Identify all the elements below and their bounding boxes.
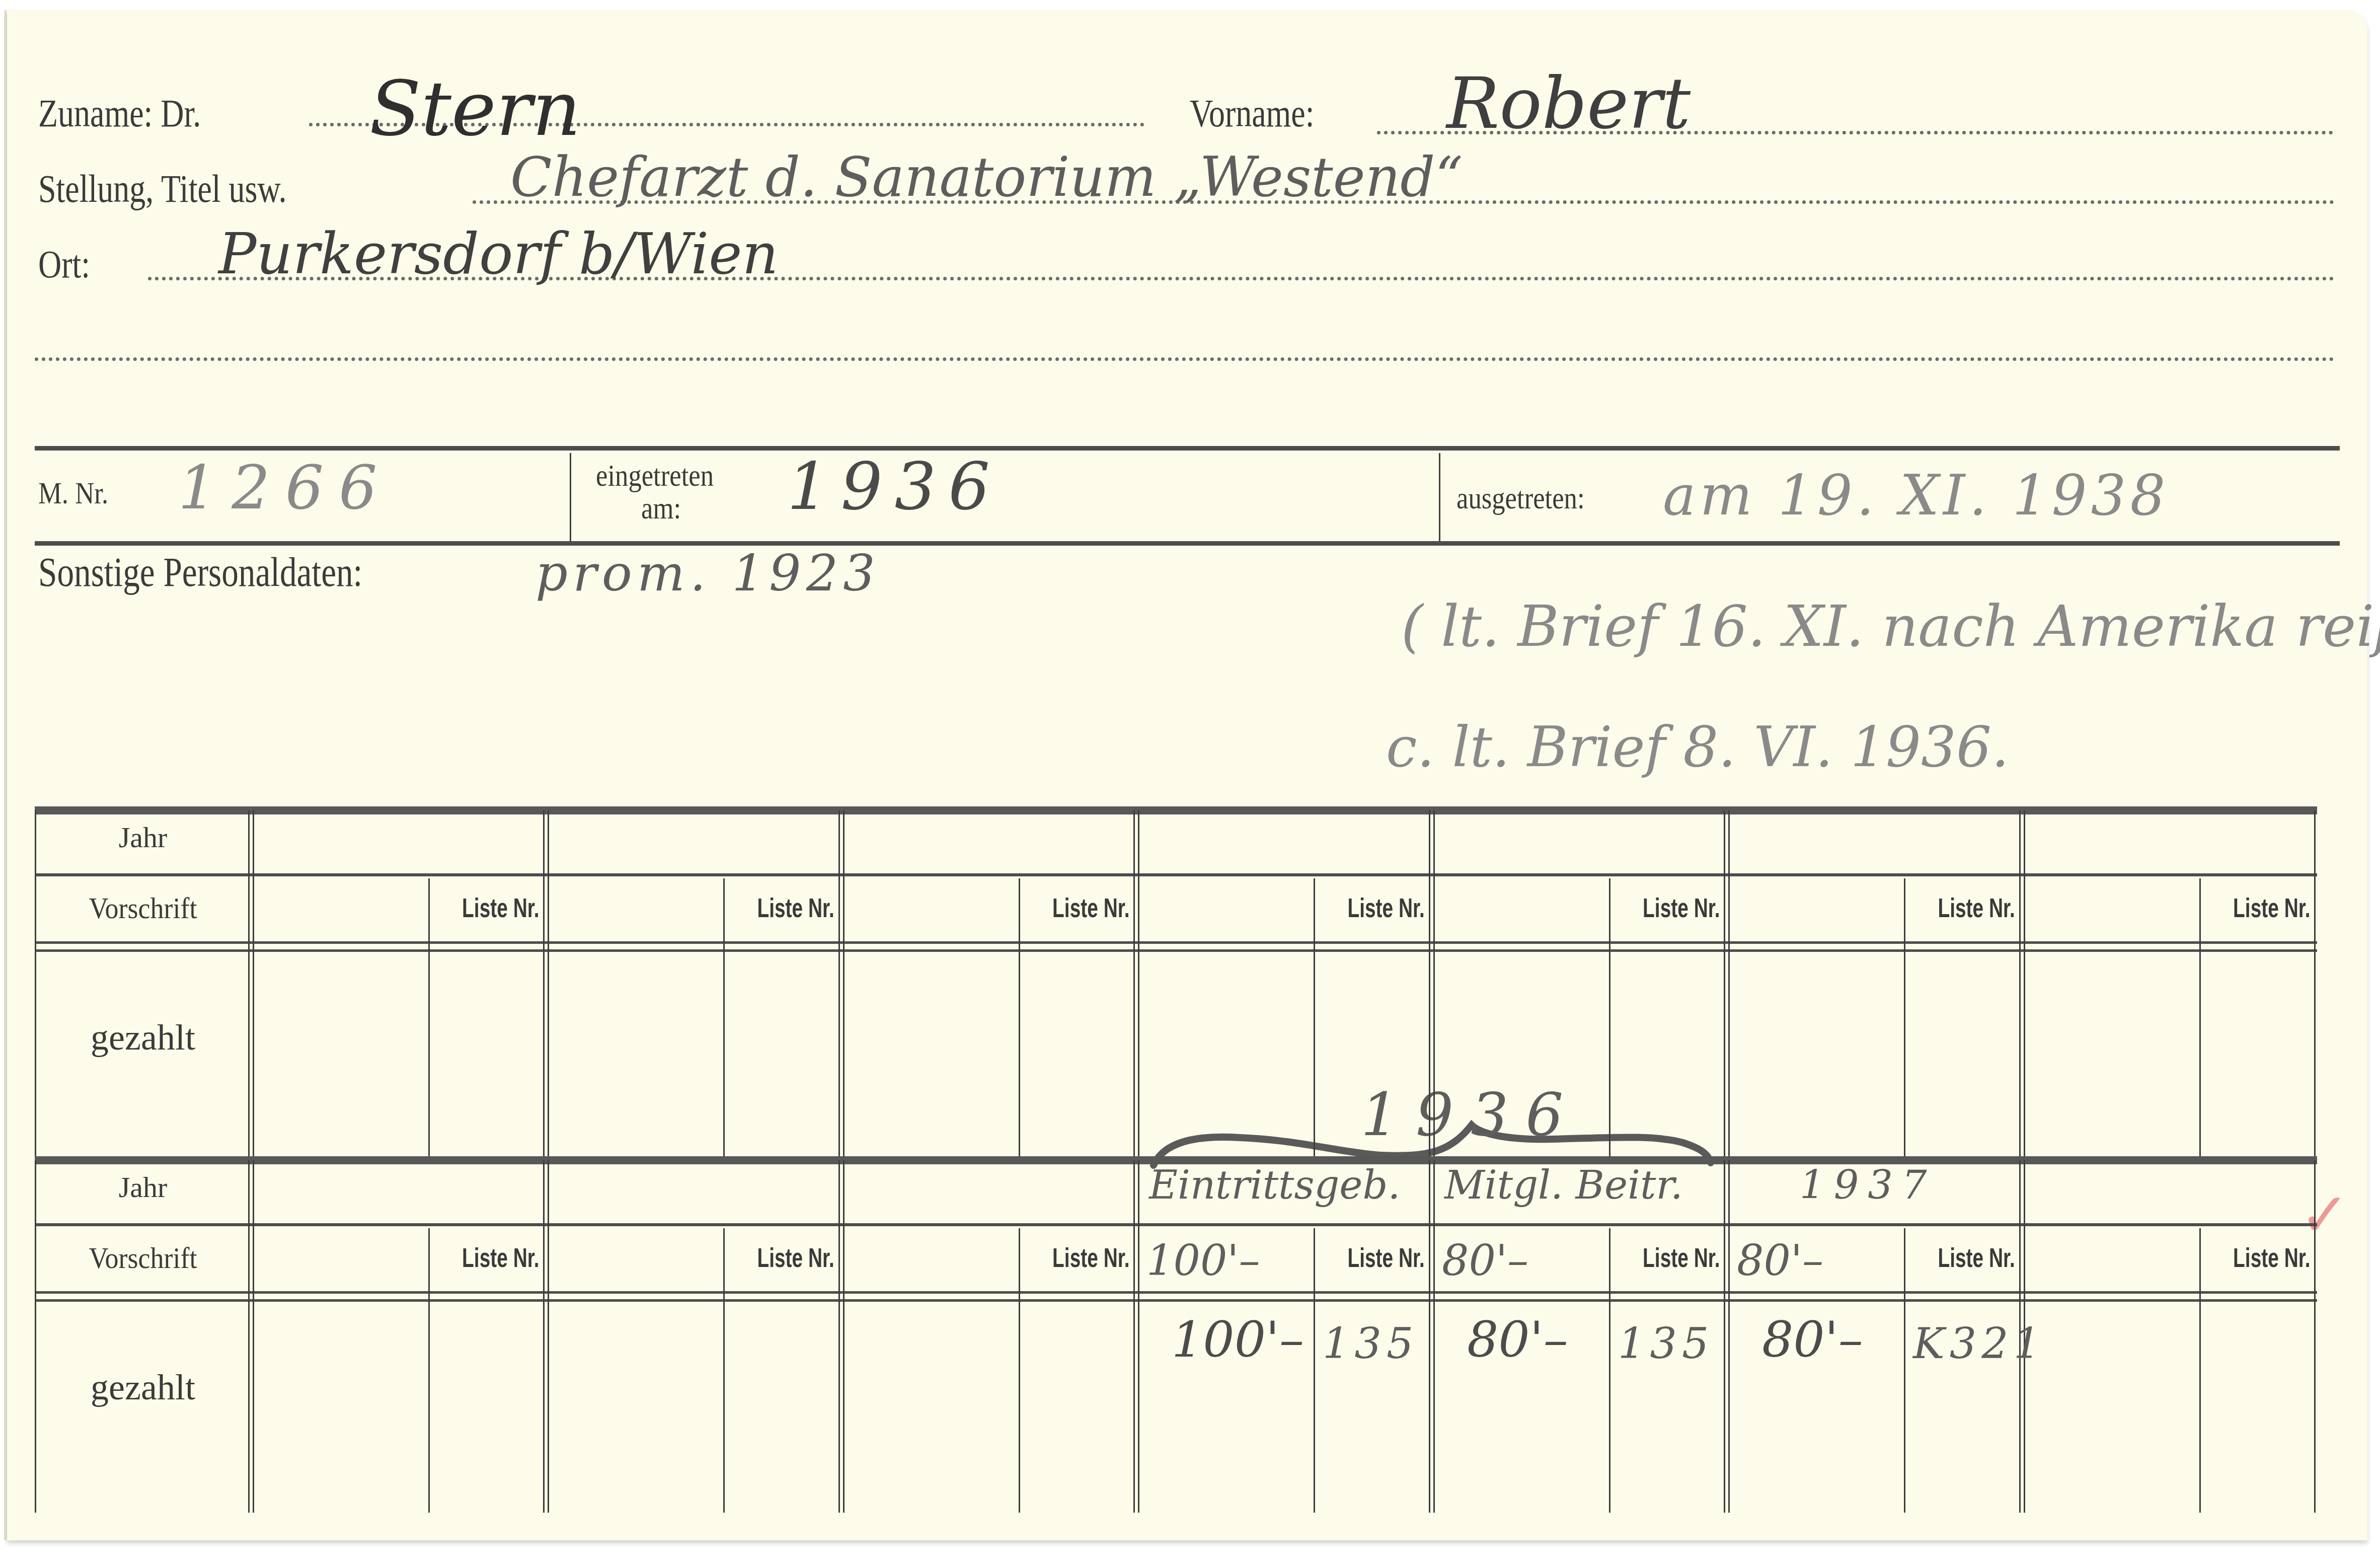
sonstige-value: prom. 1923 [535,544,880,603]
table-lower-vorschrift-rule-b [35,1299,2317,1302]
jahr-cell-entry: Mitgl. Beitr. [1444,1163,1683,1208]
mnr-divider-2 [1439,453,1440,541]
table-lower-liste-divider [2199,1228,2201,1513]
eingetreten-label-1: eingetreten [596,458,714,494]
eingetreten-value: 1936 [787,448,1002,525]
row-label-jahr: Jahr [35,820,251,854]
table-upper-liste-divider [428,878,430,1160]
liste-nr-label: Liste Nr. [1052,892,1126,924]
stellung-label: Stellung, Titel usw. [38,166,286,211]
table-lower-col-divider [1133,1160,1139,1513]
table-lower-col-divider [1429,1160,1435,1513]
table-upper-col-divider [248,810,254,1160]
table-lower-col-divider [543,1160,549,1513]
gezahlt-amount: 100'– [1172,1311,1304,1369]
table-lower-liste-divider [1609,1228,1610,1513]
table-upper-liste-divider [723,878,725,1160]
mnr-value: 1266 [178,453,392,523]
table-lower-liste-divider [428,1228,430,1513]
liste-nr-label: Liste Nr. [1643,892,1717,924]
gezahlt-liste-nr: 135 [1323,1319,1418,1368]
vorname-label: Vorname: [1190,91,1315,136]
vorname-value: Robert [1446,63,1691,145]
liste-nr-label: Liste Nr. [1938,1242,2012,1274]
liste-nr-label: Liste Nr. [1347,1242,1422,1274]
table-lower-liste-divider [1904,1228,1905,1513]
table-upper-col-divider [1429,810,1435,1160]
liste-nr-label: Liste Nr. [2233,1242,2307,1274]
gezahlt-liste-nr: K321 [1913,1319,2045,1368]
gezahlt-liste-nr: 135 [1618,1319,1714,1368]
member-index-card: Zuname: Dr. Stern Vorname: Robert Stellu… [7,10,2367,1540]
table-lower-col-divider [2314,1160,2316,1513]
table-lower-liste-divider [723,1228,725,1513]
zuname-label: Zuname: Dr. [38,91,201,136]
gezahlt-amount: 80'– [1762,1311,1863,1369]
mnr-label: M. Nr. [38,476,108,511]
liste-nr-label: Liste Nr. [1052,1242,1126,1274]
row-label-vorschrift: Vorschrift [46,1241,241,1276]
table-upper-col-divider [2314,810,2316,1160]
liste-nr-label: Liste Nr. [1347,892,1422,924]
mnr-top-rule [35,446,2340,451]
table-upper-liste-divider [1019,878,1020,1160]
table-lower-col-divider [248,1160,254,1513]
table-upper-col-divider [838,810,844,1160]
zuname-value: Stern [369,65,581,153]
jahr-cell-entry: Eintrittsgeb. [1149,1163,1400,1208]
liste-nr-label: Liste Nr. [462,1242,536,1274]
liste-nr-label: Liste Nr. [1643,1242,1717,1274]
row-label-vorschrift: Vorschrift [46,891,241,926]
table-upper-liste-divider [1609,878,1610,1160]
ausgetreten-value: am 19. XI. 1938 [1663,463,2169,528]
note-line-2: c. lt. Brief 8. VI. 1936. [1386,715,2009,779]
checkmark-icon: ✓ [2299,1180,2350,1250]
table-upper-liste-divider [1904,878,1905,1160]
vorschrift-amount: 100'– [1146,1236,1260,1285]
table-upper-vorschrift-rule-b [35,949,2317,952]
table-upper-liste-divider [1314,878,1315,1160]
vorschrift-amount: 80'– [1737,1236,1823,1285]
jahr-cell-entry: 1937 [1800,1163,1936,1208]
table-lower-col-divider [838,1160,844,1513]
table-upper-col-divider [1133,810,1139,1160]
table-upper-col-divider [1724,810,1730,1160]
liste-nr-label: Liste Nr. [757,1242,831,1274]
table-upper-col-divider [2019,810,2025,1160]
table-lower-jahr-rule [35,1223,2317,1226]
table-upper-col-divider [543,810,549,1160]
ort-value: Purkersdorf b/Wien [218,221,779,287]
row-label-gezahlt: gezahlt [35,1017,251,1059]
table-lower-liste-divider [1314,1228,1315,1513]
table-upper-liste-divider [2199,878,2201,1160]
table-upper-jahr-rule [35,873,2317,876]
liste-nr-label: Liste Nr. [1938,892,2012,924]
table-lower-vorschrift-rule-a [35,1291,2317,1294]
row-label-jahr: Jahr [35,1170,251,1204]
vorschrift-amount: 80'– [1442,1236,1528,1285]
table-upper-left-border [35,810,36,1160]
mnr-divider-1 [570,453,571,541]
liste-nr-label: Liste Nr. [2233,892,2307,924]
upper-year-annotation: 1936 [1361,1080,1580,1149]
table-lower-liste-divider [1019,1228,1020,1513]
liste-nr-label: Liste Nr. [757,892,831,924]
row-label-gezahlt: gezahlt [35,1367,251,1408]
blank-dotline [35,357,2335,361]
gezahlt-amount: 80'– [1467,1311,1568,1369]
eingetreten-label-2: am: [641,491,681,527]
ausgetreten-label: ausgetreten: [1456,481,1585,516]
table-lower-left-border [35,1160,36,1513]
table-upper-top-rule [35,806,2317,814]
table-upper-vorschrift-rule-a [35,941,2317,944]
table-lower-col-divider [1724,1160,1730,1513]
sonstige-label: Sonstige Personaldaten: [38,549,362,596]
mnr-bottom-rule [35,541,2340,546]
ort-label: Ort: [38,242,90,287]
liste-nr-label: Liste Nr. [462,892,536,924]
stellung-value: Chefarzt d. Sanatorium „Westend“ [510,146,1463,209]
note-line-1: ( lt. Brief 16. XI. nach Amerika reißt ) [1401,594,2380,659]
